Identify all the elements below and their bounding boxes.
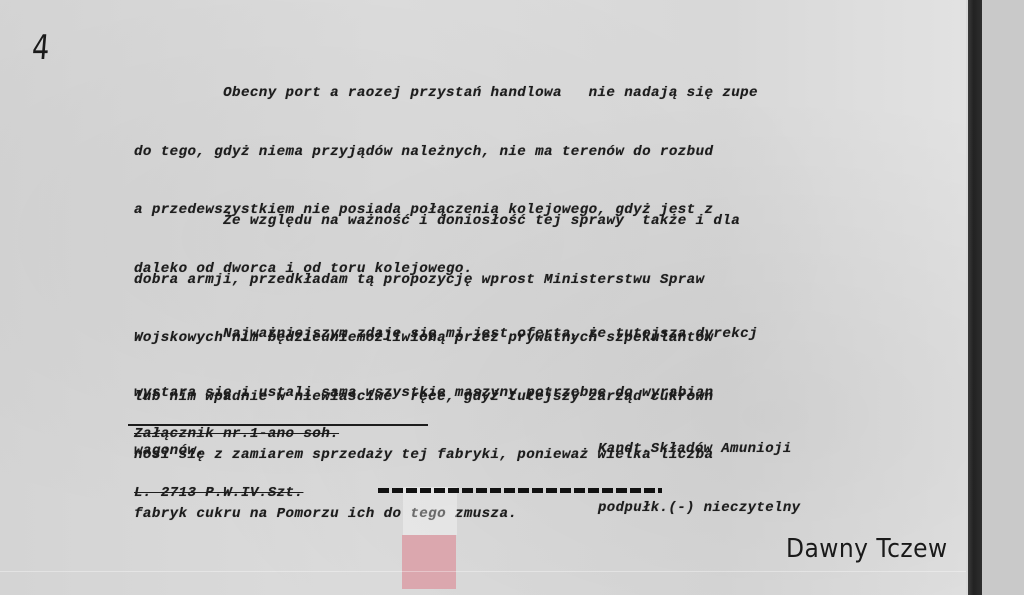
attachment-underline (128, 424, 428, 426)
watermark: Dawny Tczew (786, 534, 948, 564)
text-line: do tego, gdyż niema przyjądów należnych,… (134, 143, 758, 163)
handwritten-page-number: 4 (30, 28, 51, 68)
text-line: Najważniejszym zdaje się mi jest oferta,… (134, 325, 758, 345)
signature-block: Kandt.Składów Amunioji podpułk.(-) niecz… (598, 401, 800, 538)
signature-title: Kandt.Składów Amunioji (598, 440, 800, 460)
attachment-line: Załącznik nr.1-ano soh. (134, 425, 339, 445)
dashed-separator (378, 488, 662, 493)
scan-artifact (0, 571, 966, 572)
attachment-note: Załącznik nr.1-ano soh. L. 2713 P.W.IV.S… (134, 386, 339, 523)
right-margin (982, 0, 1024, 595)
binding-edge (968, 0, 982, 595)
text-line: Obecny port a raozej przystań handlowa n… (134, 84, 758, 104)
signature-name: podpułk.(-) nieczytelny (598, 499, 800, 519)
red-stamp (402, 535, 456, 589)
reference-number: L. 2713 P.W.IV.Szt. (134, 484, 339, 504)
text-line: Że względu na ważność i doniosłość tej s… (134, 212, 740, 232)
stamp-light-area (403, 487, 457, 535)
